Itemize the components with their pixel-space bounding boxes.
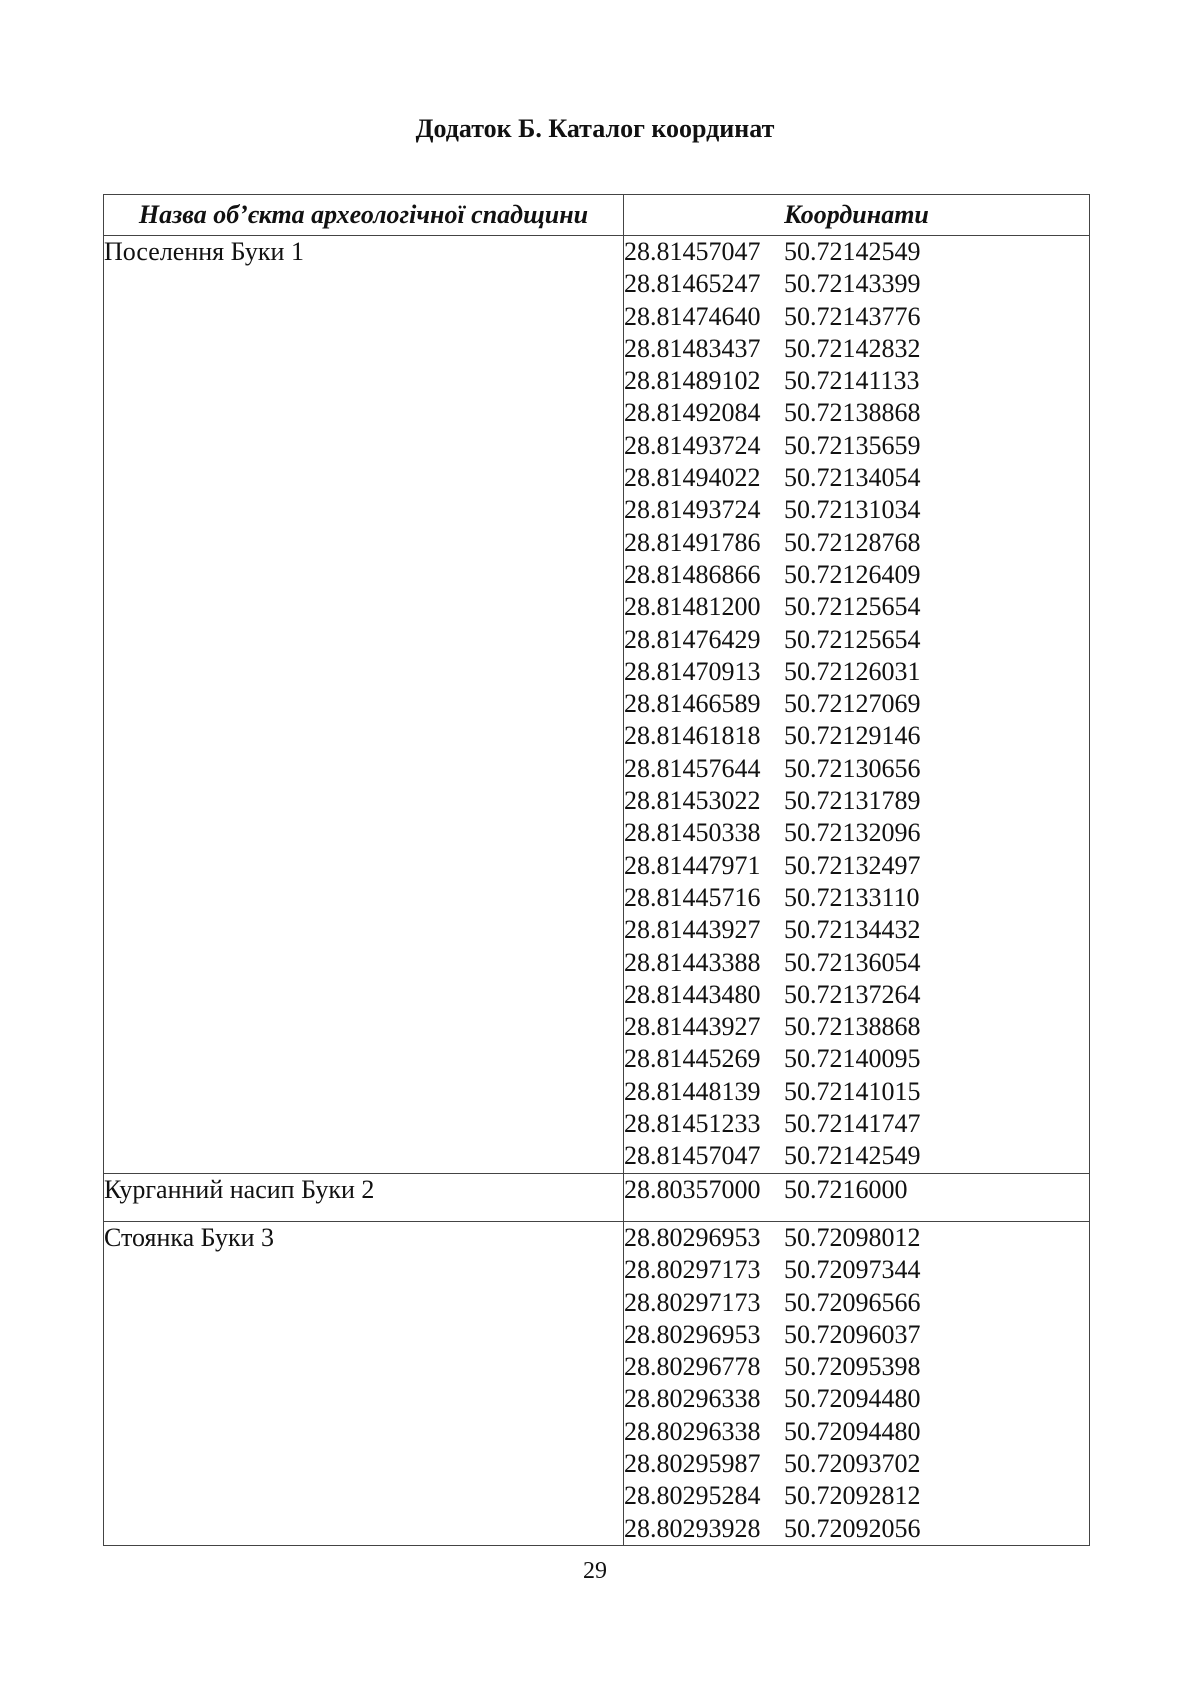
coordinate-pair: 28.8144392750.72134432 [624,914,1089,946]
longitude-value: 28.80297173 [624,1254,784,1286]
coordinate-pair: 28.8146658950.72127069 [624,688,1089,720]
coordinate-pair: 28.8147642950.72125654 [624,624,1089,656]
longitude-value: 28.81470913 [624,656,784,688]
object-name: Курганний насип Буки 2 [104,1173,624,1221]
latitude-value: 50.72131034 [784,494,921,526]
longitude-value: 28.81443927 [624,914,784,946]
coordinate-pair: 28.8029598750.72093702 [624,1448,1089,1480]
coordinate-pair: 28.8144571650.72133110 [624,882,1089,914]
longitude-value: 28.80296953 [624,1222,784,1254]
latitude-value: 50.72126031 [784,656,921,688]
longitude-value: 28.81443927 [624,1011,784,1043]
coordinate-pair: 28.8029677850.72095398 [624,1351,1089,1383]
coordinate-pair: 28.8149402250.72134054 [624,462,1089,494]
latitude-value: 50.72143399 [784,268,921,300]
latitude-value: 50.72094480 [784,1383,921,1415]
longitude-value: 28.80296953 [624,1319,784,1351]
latitude-value: 50.72134054 [784,462,921,494]
longitude-value: 28.81466589 [624,688,784,720]
latitude-value: 50.72129146 [784,720,921,752]
coordinate-pair: 28.8029633850.72094480 [624,1383,1089,1415]
longitude-value: 28.80293928 [624,1513,784,1545]
latitude-value: 50.72130656 [784,753,921,785]
longitude-value: 28.80357000 [624,1174,784,1206]
coordinate-pair: 28.8149372450.72135659 [624,430,1089,462]
latitude-value: 50.72141747 [784,1108,921,1140]
longitude-value: 28.81481200 [624,591,784,623]
coordinate-pair: 28.8144526950.72140095 [624,1043,1089,1075]
coordinate-pair: 28.8145704750.72142549 [624,1140,1089,1172]
coordinate-pair: 28.8029392850.72092056 [624,1513,1089,1545]
longitude-value: 28.80295284 [624,1480,784,1512]
latitude-value: 50.72132096 [784,817,921,849]
longitude-value: 28.81489102 [624,365,784,397]
longitude-value: 28.80296778 [624,1351,784,1383]
coordinates-cell: 28.8145704750.7214254928.8146524750.7214… [624,236,1090,1174]
longitude-value: 28.81457047 [624,1140,784,1172]
latitude-value: 50.72096037 [784,1319,921,1351]
coordinate-pair: 28.8144797150.72132497 [624,850,1089,882]
longitude-value: 28.81476429 [624,624,784,656]
latitude-value: 50.72131789 [784,785,921,817]
coordinate-pair: 28.8148343750.72142832 [624,333,1089,365]
longitude-value: 28.80295987 [624,1448,784,1480]
coordinate-pair: 28.8147091350.72126031 [624,656,1089,688]
page-title: Додаток Б. Каталог координат [0,113,1190,145]
coordinate-pair: 28.8149208450.72138868 [624,397,1089,429]
longitude-value: 28.80296338 [624,1383,784,1415]
coordinate-pair: 28.8145033850.72132096 [624,817,1089,849]
latitude-value: 50.72138868 [784,397,921,429]
page-number: 29 [0,1556,1190,1586]
latitude-value: 50.7216000 [784,1174,908,1206]
latitude-value: 50.72128768 [784,527,921,559]
coordinate-pair: 28.8029695350.72098012 [624,1222,1089,1254]
longitude-value: 28.81447971 [624,850,784,882]
longitude-value: 28.81457644 [624,753,784,785]
latitude-value: 50.72127069 [784,688,921,720]
table-row: Стоянка Буки 328.8029695350.7209801228.8… [104,1221,1090,1545]
coordinate-pair: 28.8148686650.72126409 [624,559,1089,591]
longitude-value: 28.81451233 [624,1108,784,1140]
longitude-value: 28.81453022 [624,785,784,817]
table-header-row: Назва об’єкта археологічної спадщини Коо… [104,195,1090,236]
longitude-value: 28.81483437 [624,333,784,365]
latitude-value: 50.72138868 [784,1011,921,1043]
longitude-value: 28.81493724 [624,430,784,462]
table-row: Поселення Буки 128.8145704750.7214254928… [104,236,1090,1174]
latitude-value: 50.72125654 [784,591,921,623]
coordinate-pair: 28.8144813950.72141015 [624,1076,1089,1108]
latitude-value: 50.72135659 [784,430,921,462]
coordinate-pair: 28.8035700050.7216000 [624,1174,1089,1206]
coordinate-pair: 28.8145704750.72142549 [624,236,1089,268]
coordinate-pair: 28.8146524750.72143399 [624,268,1089,300]
latitude-value: 50.72141015 [784,1076,921,1108]
coordinate-pair: 28.8146181850.72129146 [624,720,1089,752]
latitude-value: 50.72092812 [784,1480,921,1512]
longitude-value: 28.81445716 [624,882,784,914]
latitude-value: 50.72143776 [784,301,921,333]
latitude-value: 50.72093702 [784,1448,921,1480]
latitude-value: 50.72141133 [784,365,920,397]
longitude-value: 28.81443480 [624,979,784,1011]
longitude-value: 28.81486866 [624,559,784,591]
latitude-value: 50.72092056 [784,1513,921,1545]
latitude-value: 50.72096566 [784,1287,921,1319]
coordinates-table: Назва об’єкта археологічної спадщини Коо… [103,194,1090,1546]
longitude-value: 28.81448139 [624,1076,784,1108]
coordinate-pair: 28.8148120050.72125654 [624,591,1089,623]
object-name: Стоянка Буки 3 [104,1221,624,1545]
latitude-value: 50.72126409 [784,559,921,591]
coordinate-pair: 28.8145302250.72131789 [624,785,1089,817]
coordinate-pair: 28.8029695350.72096037 [624,1319,1089,1351]
latitude-value: 50.72132497 [784,850,921,882]
longitude-value: 28.81457047 [624,236,784,268]
coordinate-pair: 28.8147464050.72143776 [624,301,1089,333]
longitude-value: 28.81450338 [624,817,784,849]
longitude-value: 28.81474640 [624,301,784,333]
longitude-value: 28.81461818 [624,720,784,752]
table-row: Курганний насип Буки 228.8035700050.7216… [104,1173,1090,1221]
coordinate-pair: 28.8029717350.72096566 [624,1287,1089,1319]
longitude-value: 28.80296338 [624,1416,784,1448]
coordinate-pair: 28.8149372450.72131034 [624,494,1089,526]
coordinate-pair: 28.8148910250.72141133 [624,365,1089,397]
longitude-value: 28.81443388 [624,947,784,979]
latitude-value: 50.72142549 [784,236,921,268]
coordinate-pair: 28.8144338850.72136054 [624,947,1089,979]
longitude-value: 28.81491786 [624,527,784,559]
latitude-value: 50.72098012 [784,1222,921,1254]
object-name: Поселення Буки 1 [104,236,624,1174]
latitude-value: 50.72142832 [784,333,921,365]
coordinate-pair: 28.8029633850.72094480 [624,1416,1089,1448]
latitude-value: 50.72142549 [784,1140,921,1172]
longitude-value: 28.81465247 [624,268,784,300]
coordinate-pair: 28.8145123350.72141747 [624,1108,1089,1140]
coordinate-pair: 28.8144348050.72137264 [624,979,1089,1011]
coordinates-cell: 28.8035700050.7216000 [624,1173,1090,1221]
latitude-value: 50.72136054 [784,947,921,979]
coordinate-pair: 28.8145764450.72130656 [624,753,1089,785]
latitude-value: 50.72134432 [784,914,921,946]
latitude-value: 50.72094480 [784,1416,921,1448]
header-coordinates: Координати [624,195,1090,236]
latitude-value: 50.72137264 [784,979,921,1011]
longitude-value: 28.81494022 [624,462,784,494]
latitude-value: 50.72095398 [784,1351,921,1383]
coordinate-pair: 28.8149178650.72128768 [624,527,1089,559]
header-object-name: Назва об’єкта археологічної спадщини [104,195,624,236]
latitude-value: 50.72133110 [784,882,920,914]
coordinates-cell: 28.8029695350.7209801228.8029717350.7209… [624,1221,1090,1545]
latitude-value: 50.72125654 [784,624,921,656]
coordinate-pair: 28.8144392750.72138868 [624,1011,1089,1043]
latitude-value: 50.72140095 [784,1043,921,1075]
coordinate-pair: 28.8029717350.72097344 [624,1254,1089,1286]
latitude-value: 50.72097344 [784,1254,921,1286]
longitude-value: 28.81445269 [624,1043,784,1075]
longitude-value: 28.81493724 [624,494,784,526]
longitude-value: 28.81492084 [624,397,784,429]
longitude-value: 28.80297173 [624,1287,784,1319]
coordinate-pair: 28.8029528450.72092812 [624,1480,1089,1512]
